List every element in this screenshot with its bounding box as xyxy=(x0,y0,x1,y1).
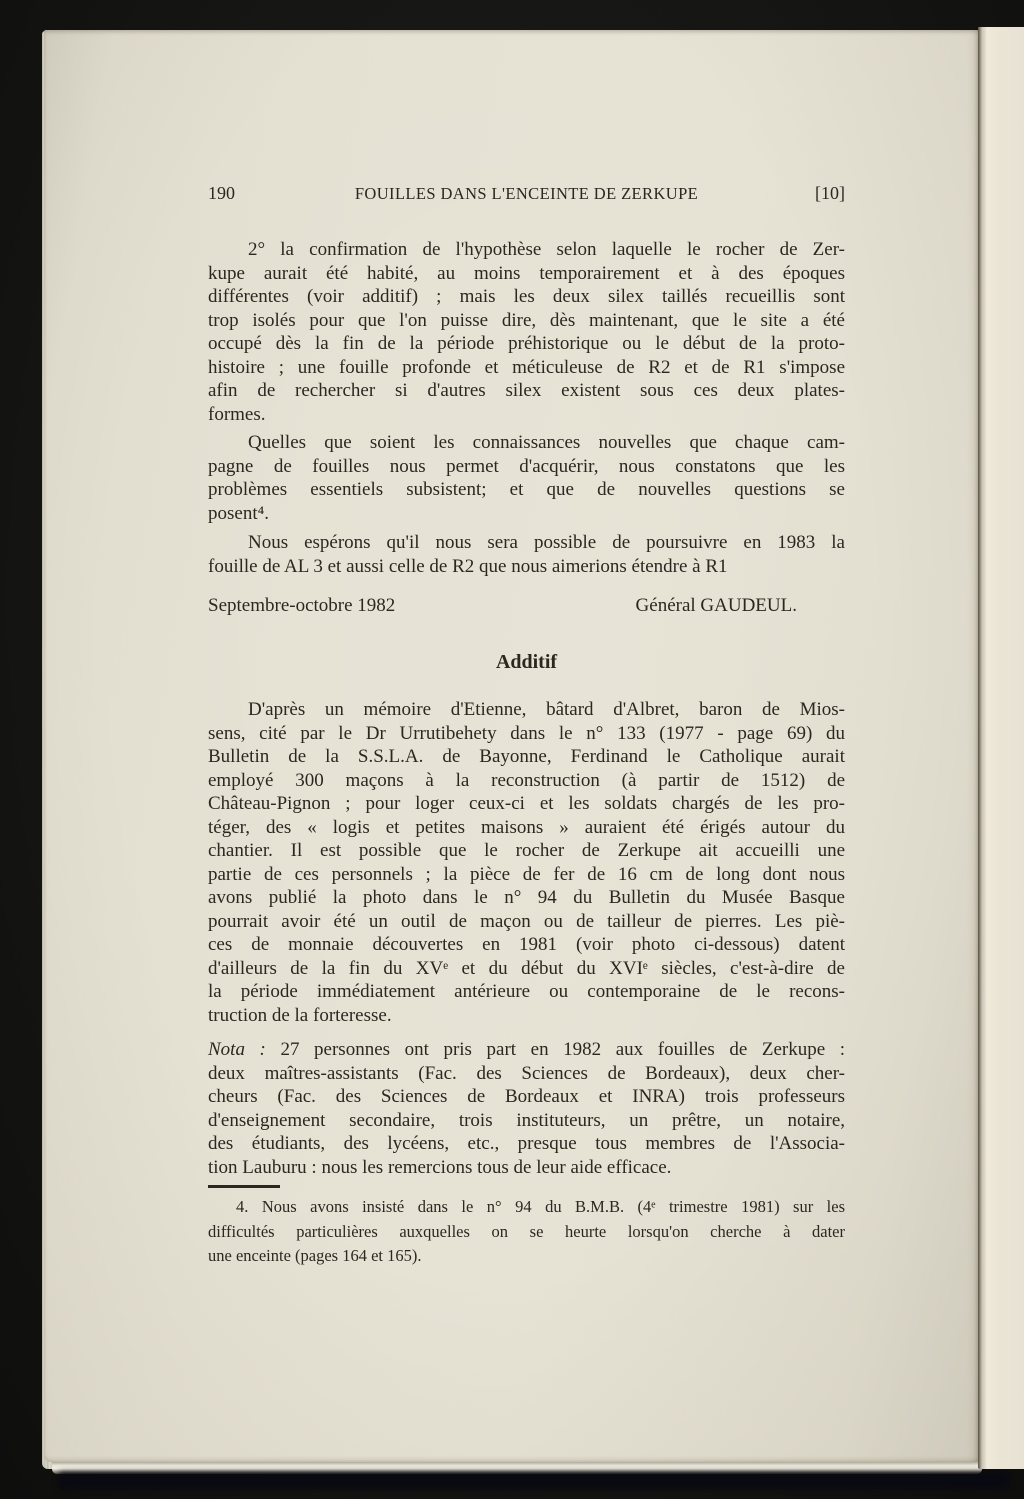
text-line: téger, des « logis et petites maisons » … xyxy=(208,816,845,840)
text-line: avons publié la photo dans le n° 94 du B… xyxy=(208,886,845,910)
running-head: 190 FOUILLES DANS L'ENCEINTE DE ZERKUPE … xyxy=(208,182,845,206)
text-line: 2° la confirmation de l'hypothèse selon … xyxy=(208,238,845,262)
text-line: Bulletin de la S.S.L.A. de Bayonne, Ferd… xyxy=(208,745,845,769)
text-line: fouille de AL 3 et aussi celle de R2 que… xyxy=(208,555,845,579)
text-line: trop isolés pour que l'on puisse dire, d… xyxy=(208,309,845,333)
text-line: D'après un mémoire d'Etienne, bâtard d'A… xyxy=(208,698,845,722)
text-line: histoire ; une fouille profonde et métic… xyxy=(208,356,845,380)
footnote-separator-rule xyxy=(208,1185,280,1188)
date-text: Septembre-octobre 1982 xyxy=(208,594,395,618)
text-line: une enceinte (pages 164 et 165). xyxy=(208,1244,845,1269)
text-line: employé 300 maçons à la reconstruction (… xyxy=(208,769,845,793)
paragraph-espoirs-1983: Nous espérons qu'il nous sera possible d… xyxy=(208,531,845,578)
text-line: Nous espérons qu'il nous sera possible d… xyxy=(208,531,845,555)
text-line: kupe aurait été habité, au moins tempora… xyxy=(208,262,845,286)
text-line: sens, cité par le Dr Urrutibehety dans l… xyxy=(208,722,845,746)
text-line: posent⁴. xyxy=(208,502,845,526)
text-line: la période immédiatement antérieure ou c… xyxy=(208,980,845,1004)
text-line: pourrait avoir été un outil de maçon ou … xyxy=(208,910,845,934)
text-line: Quelles que soient les connaissances nou… xyxy=(208,431,845,455)
text-line: Château-Pignon ; pour loger ceux-ci et l… xyxy=(208,792,845,816)
folio-number: [10] xyxy=(815,182,845,206)
nota-label: Nota : xyxy=(208,1039,266,1060)
running-title: FOUILLES DANS L'ENCEINTE DE ZERKUPE xyxy=(355,182,698,206)
paragraph-problemes: Quelles que soient les connaissances nou… xyxy=(208,431,845,525)
dateline: Septembre-octobre 1982 Général GAUDEUL. xyxy=(208,594,845,618)
text-line: difficultés particulières auxquelles on … xyxy=(208,1220,845,1245)
text-line: d'enseignement secondaire, trois institu… xyxy=(208,1109,845,1133)
text-line: deux maîtres-assistants (Fac. des Scienc… xyxy=(208,1062,845,1086)
author-signature: Général GAUDEUL. xyxy=(636,594,797,618)
text-line: tion Lauburu : nous les remercions tous … xyxy=(208,1156,845,1180)
text-line: d'ailleurs de la fin du XVᵉ et du début … xyxy=(208,957,845,981)
text-line: formes. xyxy=(208,403,845,427)
text-line: partie de ces personnels ; la pièce de f… xyxy=(208,863,845,887)
nota-paragraph: Nota : 27 personnes ont pris part en 198… xyxy=(208,1038,845,1179)
footnote-4: 4. Nous avons insisté dans le n° 94 du B… xyxy=(208,1195,845,1269)
text-line: des étudiants, des lycéens, etc., presqu… xyxy=(208,1132,845,1156)
text-line: Nota : 27 personnes ont pris part en 198… xyxy=(208,1038,845,1062)
text-line: occupé dès la fin de la période préhisto… xyxy=(208,332,845,356)
text-line: cheurs (Fac. des Sciences de Bordeaux et… xyxy=(208,1085,845,1109)
text-line: problèmes essentiels subsistent; et que … xyxy=(208,478,845,502)
text-line: afin de rechercher si d'autres silex exi… xyxy=(208,379,845,403)
text-line: ces de monnaie découvertes en 1981 (voir… xyxy=(208,933,845,957)
text-line: chantier. Il est possible que le rocher … xyxy=(208,839,845,863)
paragraph-additif: D'après un mémoire d'Etienne, bâtard d'A… xyxy=(208,698,845,1027)
next-page-sliver xyxy=(978,27,1024,1469)
page-shadow xyxy=(58,1472,1010,1489)
text-line: 4. Nous avons insisté dans le n° 94 du B… xyxy=(208,1195,845,1220)
nota-lines: deux maîtres-assistants (Fac. des Scienc… xyxy=(208,1062,845,1180)
text-line: pagne de fouilles nous permet d'acquérir… xyxy=(208,455,845,479)
photographed-book-scene: 190 FOUILLES DANS L'ENCEINTE DE ZERKUPE … xyxy=(0,0,1024,1499)
additif-heading: Additif xyxy=(208,651,845,677)
page-number: 190 xyxy=(208,182,235,206)
text-line: truction de la forteresse. xyxy=(208,1004,845,1028)
page-text-column: 190 FOUILLES DANS L'ENCEINTE DE ZERKUPE … xyxy=(208,182,845,1269)
nota-first-line-rest: 27 personnes ont pris part en 1982 aux f… xyxy=(280,1039,845,1060)
paragraph-conclusion-2: 2° la confirmation de l'hypothèse selon … xyxy=(208,238,845,426)
text-line: différentes (voir additif) ; mais les de… xyxy=(208,285,845,309)
